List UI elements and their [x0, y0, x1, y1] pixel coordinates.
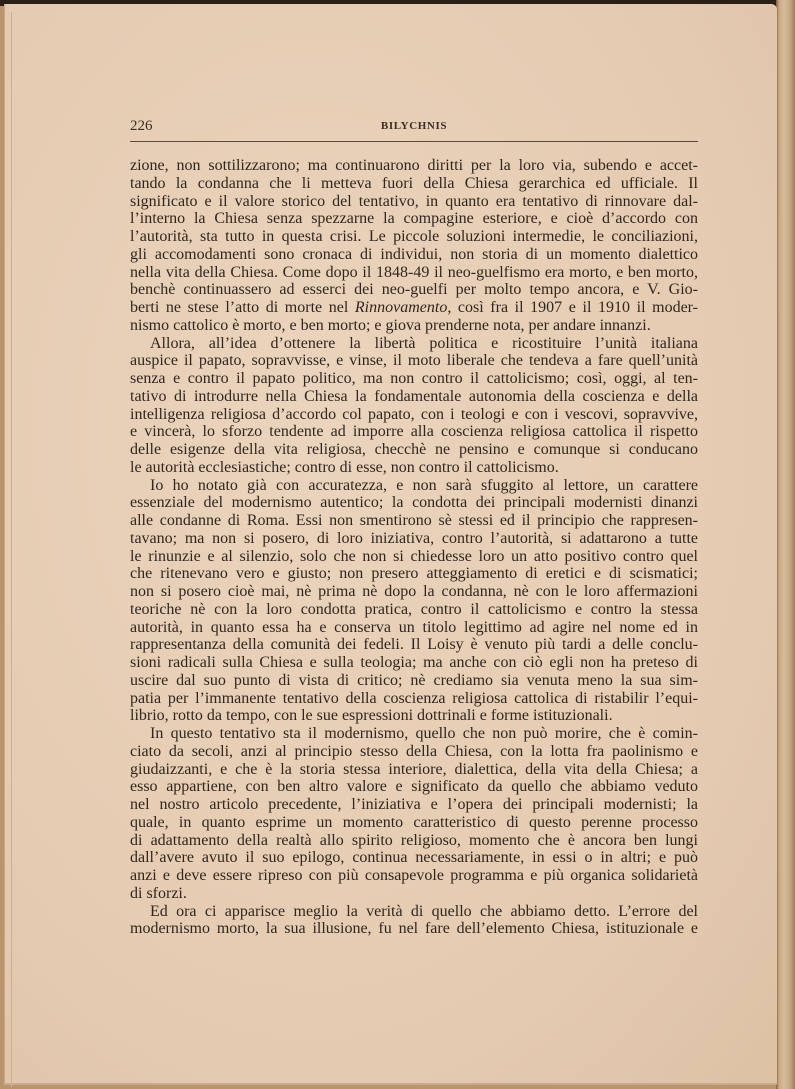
text-line: nel nostro articolo precedente, l’inizia…: [130, 796, 698, 814]
text-line: berti ne stese l’atto di morte nel Rinno…: [130, 299, 698, 317]
page-left-edge: [11, 12, 12, 1087]
text-line: tativo di introdurre nella Chiesa la fon…: [130, 388, 698, 406]
text-line: Io ho notato già con accuratezza, e non …: [130, 477, 698, 495]
text-line: non si posero cioè mai, nè prima nè dopo…: [130, 583, 698, 601]
text-line: teoriche nè con la loro condotta pratica…: [130, 601, 698, 619]
text-line: giudaizzanti, e che è la storia stessa i…: [130, 761, 698, 779]
text-line: alle condanne di Roma. Essi non smentiro…: [130, 512, 698, 530]
text-line: gli accomodamenti sono cronaca di indivi…: [130, 246, 698, 264]
italic-title: Rinnovamento: [355, 299, 447, 316]
article-body: zione, non sottilizzarono; ma continuaro…: [130, 157, 698, 938]
text-line: sioni radicali sulla Chiesa e sulla teol…: [130, 654, 698, 672]
text-line: nismo cattolico è morto, e ben morto; e …: [130, 317, 698, 335]
text-line: tavano; ma non si posero, di loro inizia…: [130, 530, 698, 548]
text-line: che ritenevano vero e giusto; non preser…: [130, 565, 698, 583]
text-line: anzi e deve essere ripreso con più consa…: [130, 867, 698, 885]
text-line: zione, non sottilizzarono; ma continuaro…: [130, 157, 698, 175]
text-line: ciato da secoli, anzi al principio stess…: [130, 743, 698, 761]
text-line: autorità, in quanto essa ha e conserva u…: [130, 619, 698, 637]
page-stack-edge: [776, 0, 795, 1089]
text-line: di sforzi.: [130, 885, 698, 903]
text-line: le rinunzie e al silenzio, solo che non …: [130, 548, 698, 566]
text-line: esso appartiene, con ben altro valore e …: [130, 778, 698, 796]
text-line: intelligenza religiosa d’accordo col pap…: [130, 406, 698, 424]
text-line: In questo tentativo sta il modernismo, q…: [130, 725, 698, 743]
text-line: uscire dal suo punto di vista di critico…: [130, 672, 698, 690]
text-line: nella vita della Chiesa. Come dopo il 18…: [130, 264, 698, 282]
text-line: patia per l’immanente tentativo della co…: [130, 690, 698, 708]
text-line: le autorità ecclesiastiche; contro di es…: [130, 459, 698, 477]
text-line: dall’avere avuto il suo epilogo, continu…: [130, 849, 698, 867]
text-line: quale, in quanto esprime un momento cara…: [130, 814, 698, 832]
text-line: delle esigenze della vita religiosa, che…: [130, 441, 698, 459]
text-line: e vincerà, lo sforzo tendente ad imporre…: [130, 423, 698, 441]
text-line: librio, rotto da tempo, con le sue espre…: [130, 707, 698, 725]
text-line: benchè continuassero ad esserci dei neo-…: [130, 281, 698, 299]
text-line: modernismo morto, la sua illusione, fu n…: [130, 920, 698, 938]
text-line: tando la condanna che li metteva fuori d…: [130, 175, 698, 193]
text-line: significato e il valore storico del tent…: [130, 193, 698, 211]
text-line: essenziale del modernismo autentico; la …: [130, 494, 698, 512]
text-line: di adattamento della realtà allo spirito…: [130, 832, 698, 850]
running-title: BILYCHNIS: [130, 120, 698, 132]
text-line: senza e contro il papato politico, ma no…: [130, 370, 698, 388]
text-line: l’interno la Chiesa senza spezzarne la c…: [130, 210, 698, 228]
text-line: Allora, all’idea d’ottenere la libertà p…: [130, 335, 698, 353]
text-line: auspice il papato, sopravvisse, e vinse,…: [130, 352, 698, 370]
text-line: l’autorità, sta tutto in questa crisi. L…: [130, 228, 698, 246]
text-line: rappresentanza della comunità dei fedeli…: [130, 636, 698, 654]
text-line: Ed ora ci apparisce meglio la verità di …: [130, 903, 698, 921]
header-rule: [130, 141, 698, 142]
